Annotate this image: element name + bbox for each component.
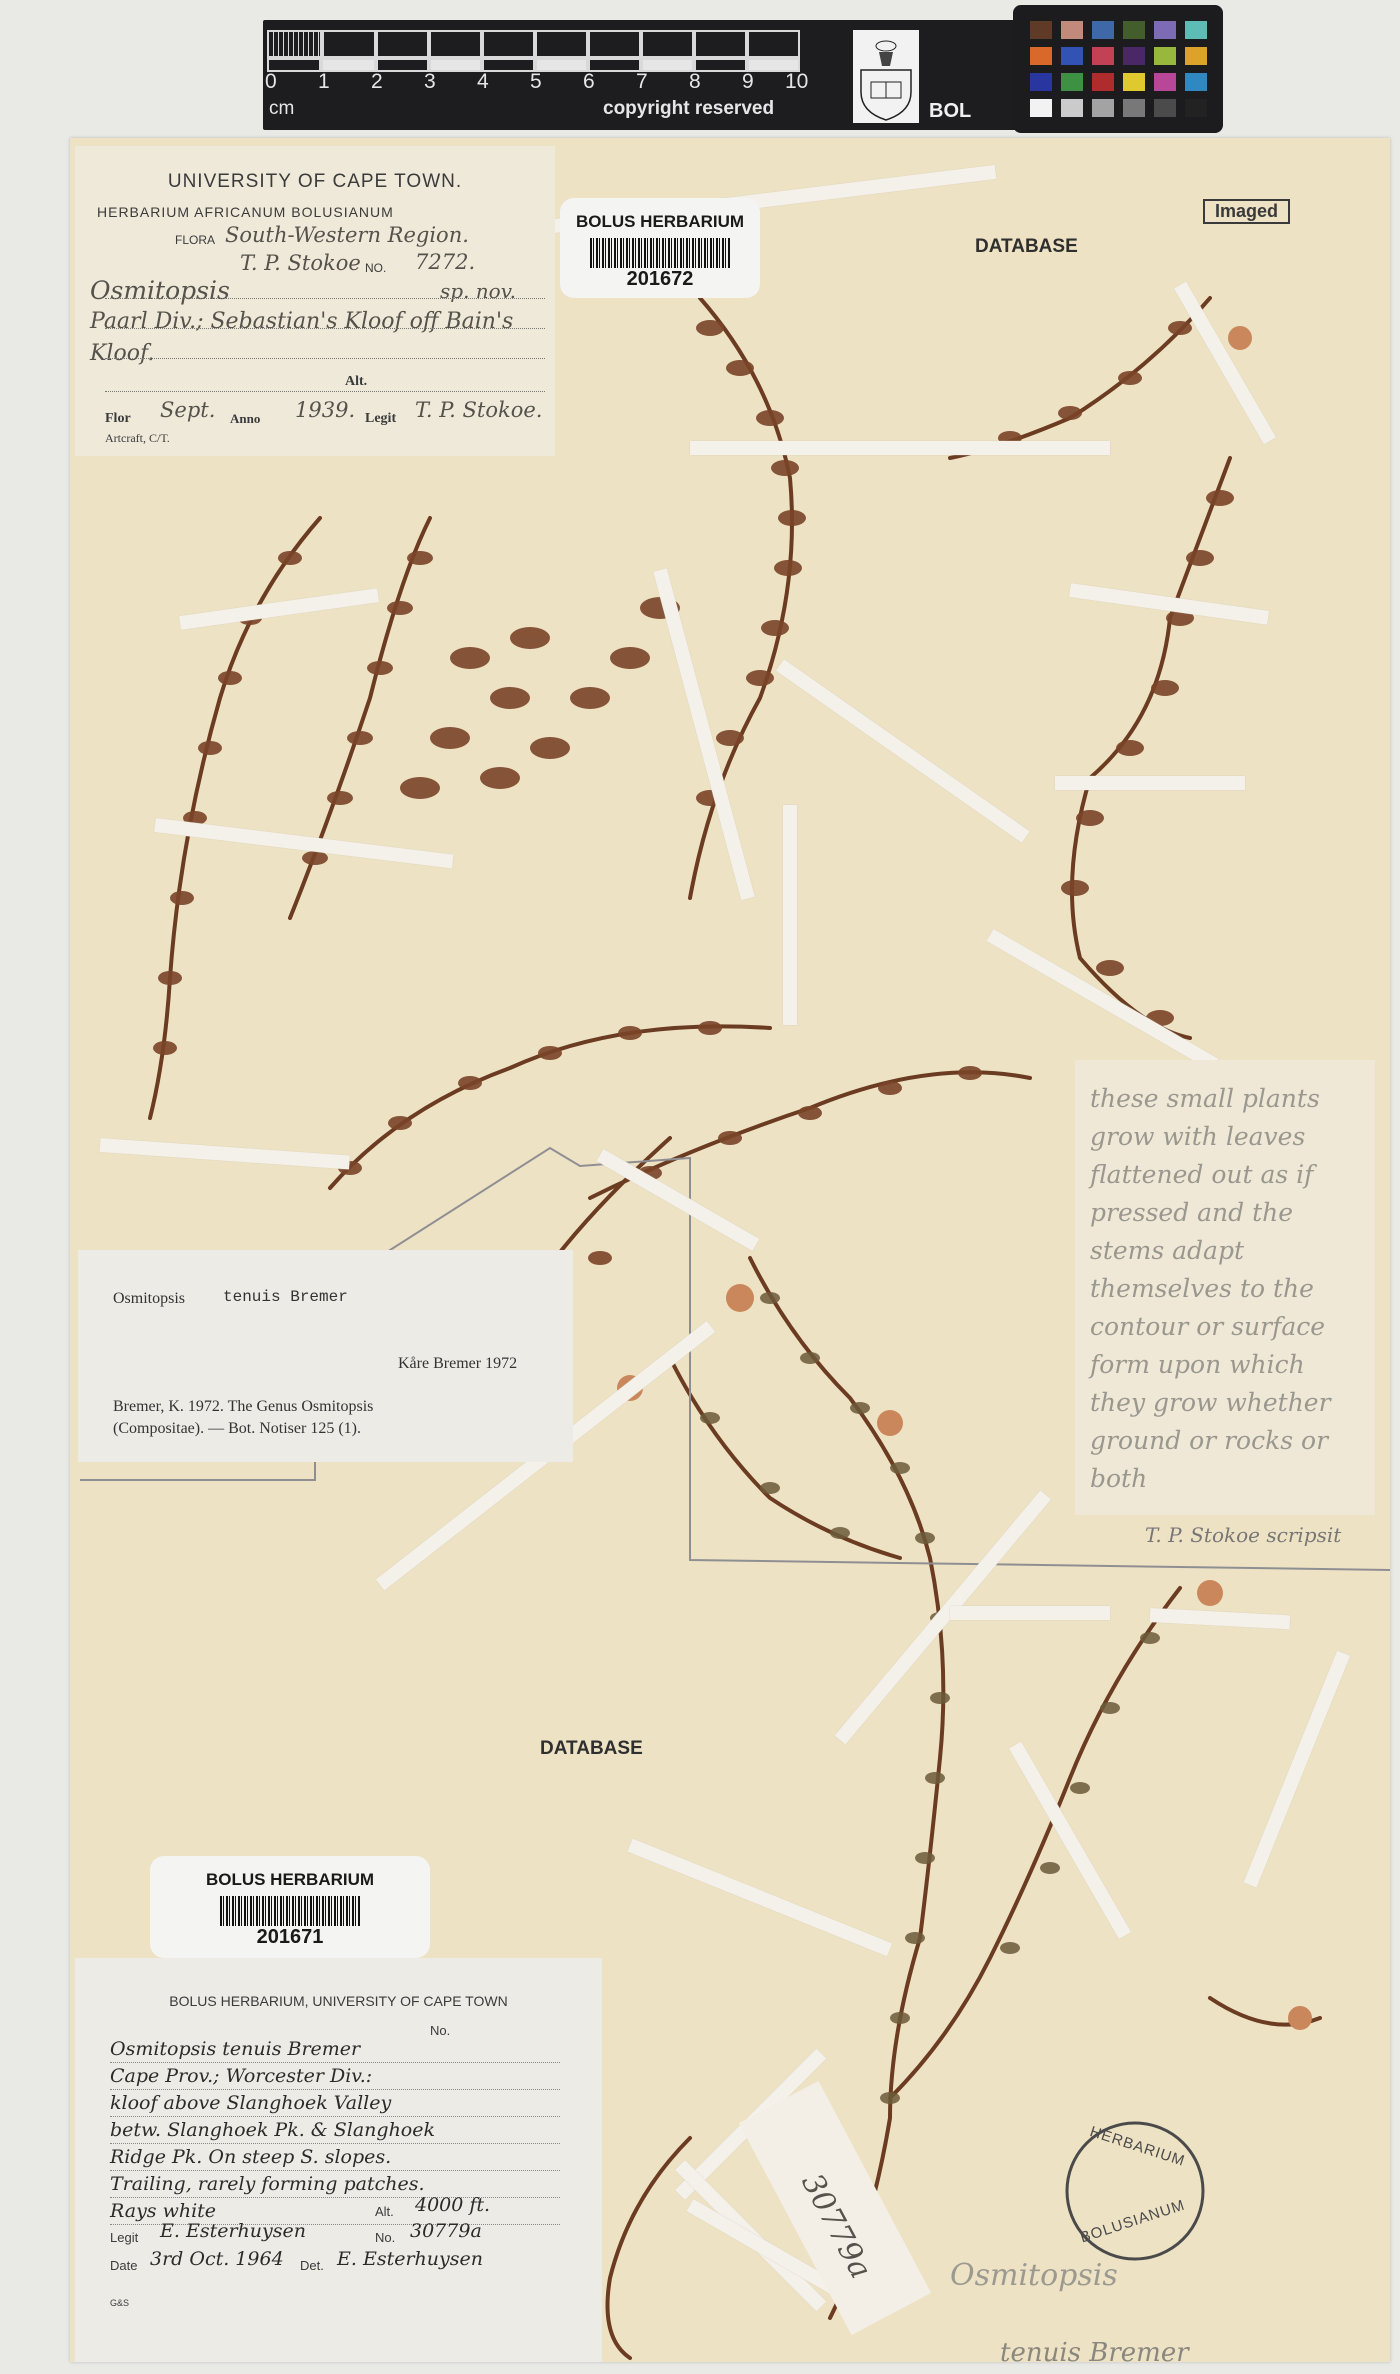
note-line: themselves to the xyxy=(1090,1270,1360,1308)
imaged-stamp: Imaged xyxy=(1203,199,1290,224)
handwritten-note: these small plantsgrow with leavesflatte… xyxy=(1075,1060,1375,1515)
pencil-genus: Osmitopsis xyxy=(950,2258,1118,2293)
note-line: pressed and the xyxy=(1090,1194,1360,1232)
color-swatch xyxy=(1092,47,1114,65)
note-line: ground or rocks or xyxy=(1090,1422,1360,1460)
scale-tick: 7 xyxy=(636,70,648,94)
color-swatch xyxy=(1123,73,1145,91)
label-title: UNIVERSITY OF CAPE TOWN. xyxy=(75,171,555,193)
scale-tick: 4 xyxy=(477,70,489,94)
original-collection-label: UNIVERSITY OF CAPE TOWN. HERBARIUM AFRIC… xyxy=(75,146,555,456)
scale-unit: cm xyxy=(269,98,294,120)
color-calibration-chart xyxy=(1013,5,1223,133)
barcode-icon xyxy=(220,1896,360,1926)
barcode-label-top: BOLUS HERBARIUM 201672 xyxy=(560,198,760,298)
color-swatch xyxy=(1092,99,1114,117)
note-line: both xyxy=(1090,1460,1360,1498)
determiner: Kåre Bremer 1972 xyxy=(398,1355,517,1373)
taxon-name: Osmitopsis xyxy=(90,276,230,305)
scale-tick: 8 xyxy=(689,70,701,94)
scale-segment xyxy=(482,30,535,58)
color-swatch xyxy=(1154,73,1176,91)
scale-segment xyxy=(694,30,747,58)
scale-segment xyxy=(429,30,482,58)
color-swatch xyxy=(1092,21,1114,39)
barcode-number: 201672 xyxy=(560,268,760,291)
scale-segment xyxy=(747,30,800,58)
label-line: Osmitopsis tenuis Bremer xyxy=(110,2036,560,2063)
altitude: 4000 ft. xyxy=(415,2194,490,2216)
barcode-icon xyxy=(590,238,730,268)
collection-number: 7272. xyxy=(415,250,475,274)
note-line: stems adapt xyxy=(1090,1232,1360,1270)
determination-label: Osmitopsis tenuis Bremer Kåre Bremer 197… xyxy=(78,1250,573,1462)
copyright-text: copyright reserved xyxy=(603,98,774,120)
scale-segment xyxy=(641,30,694,58)
label-line: Trailing, rarely forming patches. xyxy=(110,2171,560,2198)
note-line: flattened out as if xyxy=(1090,1156,1360,1194)
scale-segment xyxy=(535,30,588,58)
barcode-label-bottom: BOLUS HERBARIUM 201671 xyxy=(150,1856,430,1958)
scale-tick: 0 xyxy=(265,70,277,94)
color-swatch xyxy=(1154,21,1176,39)
scale-tick: 10 xyxy=(785,70,808,94)
color-swatch xyxy=(1123,99,1145,117)
pencil-species: tenuis Bremer xyxy=(1000,2338,1189,2368)
color-swatch xyxy=(1123,47,1145,65)
note-line: form upon which xyxy=(1090,1346,1360,1384)
note-signature: T. P. Stokoe scripsit xyxy=(1145,1523,1341,1547)
scale-segment xyxy=(588,30,641,58)
herbarium-sheet: 30779a UNIVERSITY OF CAPE TOWN. HERBARIU… xyxy=(70,138,1390,2362)
locality-text: Paarl Div.; Sebastian's Kloof off Bain's… xyxy=(90,306,545,370)
scale-segment xyxy=(322,30,376,58)
scale-tick: 9 xyxy=(742,70,754,94)
color-swatch xyxy=(1185,21,1207,39)
label-line: Ridge Pk. On steep S. slopes. xyxy=(110,2144,560,2171)
color-swatch xyxy=(1061,47,1083,65)
color-swatch xyxy=(1092,73,1114,91)
collector-number: 30779a xyxy=(410,2220,482,2242)
mounting-strap xyxy=(1055,776,1245,790)
color-swatch xyxy=(1123,21,1145,39)
color-swatch xyxy=(1185,99,1207,117)
color-swatch xyxy=(1061,73,1083,91)
color-swatch xyxy=(1061,21,1083,39)
mounting-strap xyxy=(950,1606,1110,1620)
barcode-number: 201671 xyxy=(150,1926,430,1949)
collection-date: 3rd Oct. 1964 xyxy=(150,2248,284,2270)
color-swatch xyxy=(1030,73,1052,91)
mounting-strap xyxy=(690,441,1110,455)
note-line: these small plants xyxy=(1090,1080,1360,1118)
institution-code: BOL xyxy=(929,100,971,123)
collection-label-bottom: BOLUS HERBARIUM, UNIVERSITY OF CAPE TOWN… xyxy=(75,1958,602,2362)
database-stamp: DATABASE xyxy=(540,1738,643,1760)
color-swatch xyxy=(1185,47,1207,65)
scale-tick: 2 xyxy=(371,70,383,94)
color-swatch xyxy=(1061,99,1083,117)
database-stamp: DATABASE xyxy=(975,236,1078,258)
scale-segment xyxy=(376,30,429,58)
note-line: they grow whether xyxy=(1090,1384,1360,1422)
collector-name: T. P. Stokoe xyxy=(240,251,361,275)
mounting-strap xyxy=(783,805,797,1025)
color-swatch xyxy=(1185,73,1207,91)
scale-tick: 1 xyxy=(318,70,330,94)
note-line: contour or surface xyxy=(1090,1308,1360,1346)
flora-value: South-Western Region. xyxy=(225,223,469,247)
label-handwritten-lines: Osmitopsis tenuis BremerCape Prov.; Worc… xyxy=(110,2036,560,2225)
scale-tick: 3 xyxy=(424,70,436,94)
color-swatch xyxy=(1154,47,1176,65)
note-line: grow with leaves xyxy=(1090,1118,1360,1156)
university-crest-icon xyxy=(853,30,919,123)
scale-tick: 5 xyxy=(530,70,542,94)
color-swatch xyxy=(1030,47,1052,65)
label-subtitle: HERBARIUM AFRICANUM BOLUSIANUM xyxy=(97,204,394,220)
label-line: kloof above Slanghoek Valley xyxy=(110,2090,560,2117)
scale-mm-segment xyxy=(267,30,322,58)
color-swatch xyxy=(1030,21,1052,39)
color-swatch xyxy=(1154,99,1176,117)
label-line: Cape Prov.; Worcester Div.: xyxy=(110,2063,560,2090)
scale-bar: 0 1 2 3 4 5 6 7 8 9 10 cm copyright rese… xyxy=(263,20,1048,130)
collection-year: 1939. xyxy=(295,398,355,422)
note-text: these small plantsgrow with leavesflatte… xyxy=(1075,1060,1375,1518)
label-line: betw. Slanghoek Pk. & Slanghoek xyxy=(110,2117,560,2144)
scale-tick: 6 xyxy=(583,70,595,94)
color-swatch xyxy=(1030,99,1052,117)
